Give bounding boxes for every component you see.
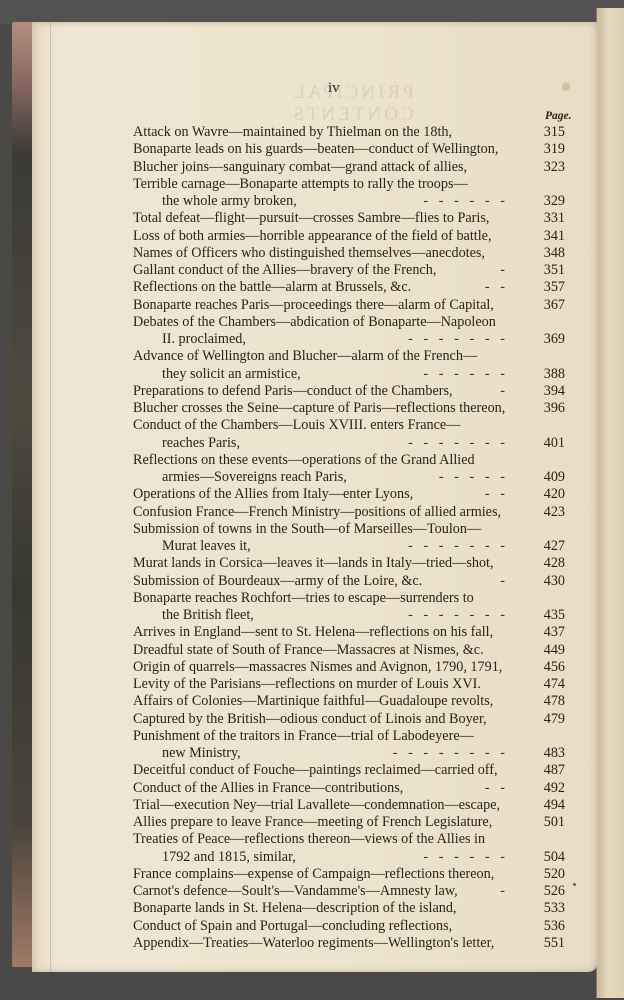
toc-entry: Murat lands in Corsica—leaves it—lands i… — [133, 555, 565, 572]
dot-leaders: - - - - - - — [423, 849, 505, 866]
dot-leaders: - - - - - - — [423, 366, 505, 383]
toc-page-number: 427 — [529, 538, 565, 555]
toc-entry: Allies prepare to leave France—meeting o… — [133, 814, 565, 831]
toc-entry: Total defeat—flight—pursuit—crosses Samb… — [133, 210, 565, 227]
toc-entry-text: Trial—execution Ney—trial Lavallete—cond… — [133, 797, 500, 814]
toc-entry: Appendix—Treaties—Waterloo regiments—Wel… — [133, 935, 565, 952]
page-number-folio: iv — [328, 80, 340, 97]
toc-entry-text: armies—Sovereigns reach Paris, — [162, 469, 347, 486]
toc-entry-text: Blucher crosses the Seine—capture of Par… — [133, 400, 505, 417]
dot-leaders: - - - - - - - — [408, 538, 505, 555]
toc-page-number: 533 — [529, 900, 565, 917]
dot-leaders: - - - - - — [439, 469, 505, 486]
toc-page-number: 449 — [529, 642, 565, 659]
toc-entry: Conduct of the Chambers—Louis XVIII. ent… — [133, 417, 565, 434]
toc-entry-text: Reflections on the battle—alarm at Bruss… — [133, 279, 411, 296]
toc-entry: Conduct of the Allies in France—contribu… — [133, 780, 565, 797]
toc-entry-text: they solicit an armistice, — [162, 366, 301, 383]
toc-page-number: 526 — [529, 883, 565, 900]
toc-page-number: 394 — [529, 383, 565, 400]
toc-entry: Bonaparte lands in St. Helena—descriptio… — [133, 900, 565, 917]
toc-entry-text: Arrives in England—sent to St. Helena—re… — [133, 624, 493, 641]
toc-entry-text: the British fleet, — [162, 607, 254, 624]
dot-leaders: - - - - - - — [423, 193, 505, 210]
toc-page-number: 428 — [529, 555, 565, 572]
toc-page-number: 456 — [529, 659, 565, 676]
toc-entry-text: Names of Officers who distinguished them… — [133, 245, 485, 262]
dot-leaders: - - - - - - - — [408, 435, 505, 452]
toc-page-number: 323 — [529, 159, 565, 176]
toc-page-number: 487 — [529, 762, 565, 779]
show-through-header: PRINCIPAL CONTENTS — [232, 82, 472, 126]
toc-entry-text: the whole army broken, — [162, 193, 297, 210]
toc-entry: they solicit an armistice,- - - - - -388 — [133, 366, 565, 383]
toc-page-number: 483 — [529, 745, 565, 762]
toc-entry-text: Murat leaves it, — [162, 538, 251, 555]
toc-entry-text: Debates of the Chambers—abdication of Bo… — [133, 314, 496, 331]
toc-entry: new Ministry,- - - - - - - -483 — [133, 745, 565, 762]
toc-entry-text: Treaties of Peace—reflections thereon—vi… — [133, 831, 485, 848]
toc-entry: Deceitful conduct of Fouche—paintings re… — [133, 762, 565, 779]
toc-entry: II. proclaimed,- - - - - - -369 — [133, 331, 565, 348]
dot-leaders: - — [500, 262, 505, 279]
toc-entry: Debates of the Chambers—abdication of Bo… — [133, 314, 565, 331]
toc-entry: reaches Paris,- - - - - - -401 — [133, 435, 565, 452]
book-page: PRINCIPAL CONTENTS iv Page. Attack on Wa… — [32, 22, 598, 972]
toc-entry-text: France complains—expense of Campaign—ref… — [133, 866, 494, 883]
toc-entry-text: 1792 and 1815, similar, — [162, 849, 296, 866]
toc-page-number: 348 — [529, 245, 565, 262]
marbled-book-edge — [12, 22, 34, 967]
toc-page-number: 367 — [529, 297, 565, 314]
dot-leaders: - — [500, 573, 505, 590]
dot-leaders: - - - - - - - — [408, 331, 505, 348]
toc-page-number: 331 — [529, 210, 565, 227]
toc-page-number: 409 — [529, 469, 565, 486]
toc-entry: Carnot's defence—Soult's—Vandamme's—Amne… — [133, 883, 565, 900]
toc-entry: Conduct of Spain and Portugal—concluding… — [133, 918, 565, 935]
toc-entry: Captured by the British—odious conduct o… — [133, 711, 565, 728]
toc-entry-text: Reflections on these events—operations o… — [133, 452, 475, 469]
toc-entry-text: Deceitful conduct of Fouche—paintings re… — [133, 762, 498, 779]
toc-entry: Names of Officers who distinguished them… — [133, 245, 565, 262]
foxing-spot — [573, 883, 576, 886]
toc-page-number: 351 — [529, 262, 565, 279]
toc-entry-text: Attack on Wavre—maintained by Thielman o… — [133, 124, 452, 141]
toc-entry-text: Dreadful state of South of France—Massac… — [133, 642, 484, 659]
toc-entry-text: new Ministry, — [162, 745, 241, 762]
toc-page-number: 329 — [529, 193, 565, 210]
toc-entry-text: Advance of Wellington and Blucher—alarm … — [133, 348, 477, 365]
toc-entry-text: Bonaparte lands in St. Helena—descriptio… — [133, 900, 456, 917]
toc-entry: Dreadful state of South of France—Massac… — [133, 642, 565, 659]
toc-entry: Trial—execution Ney—trial Lavallete—cond… — [133, 797, 565, 814]
toc-entry: Loss of both armies—horrible appearance … — [133, 228, 565, 245]
toc-entry: Gallant conduct of the Allies—bravery of… — [133, 262, 565, 279]
toc-entry: 1792 and 1815, similar,- - - - - -504 — [133, 849, 565, 866]
toc-entry-text: Carnot's defence—Soult's—Vandamme's—Amne… — [133, 883, 458, 900]
toc-entry: the whole army broken,- - - - - -329 — [133, 193, 565, 210]
page-fold-line — [50, 22, 51, 972]
toc-entry: Reflections on these events—operations o… — [133, 452, 565, 469]
toc-entry-text: Affairs of Colonies—Martinique faithful—… — [133, 693, 493, 710]
toc-entry-text: Conduct of Spain and Portugal—concluding… — [133, 918, 452, 935]
toc-entry-text: Submission of towns in the South—of Mars… — [133, 521, 481, 538]
toc-entry: Bonaparte leads on his guards—beaten—con… — [133, 141, 565, 158]
toc-entry: Operations of the Allies from Italy—ente… — [133, 486, 565, 503]
background-surface — [0, 0, 624, 24]
toc-page-number: 520 — [529, 866, 565, 883]
foxing-spot — [562, 82, 570, 91]
toc-entry: Preparations to defend Paris—conduct of … — [133, 383, 565, 400]
toc-page-number: 479 — [529, 711, 565, 728]
toc-entry-text: Conduct of the Allies in France—contribu… — [133, 780, 403, 797]
dot-leaders: - - - - - - - — [408, 607, 505, 624]
toc-entry-text: Blucher joins—sanguinary combat—grand at… — [133, 159, 467, 176]
toc-entry-text: reaches Paris, — [162, 435, 240, 452]
toc-entry: Confusion France—French Ministry—positio… — [133, 504, 565, 521]
toc-entry-text: Levity of the Parisians—reflections on m… — [133, 676, 481, 693]
table-of-contents: Attack on Wavre—maintained by Thielman o… — [133, 124, 565, 952]
toc-entry: the British fleet,- - - - - - -435 — [133, 607, 565, 624]
toc-page-number: 435 — [529, 607, 565, 624]
toc-entry: Murat leaves it,- - - - - - -427 — [133, 538, 565, 555]
toc-entry-text: Appendix—Treaties—Waterloo regiments—Wel… — [133, 935, 494, 952]
toc-page-number: 430 — [529, 573, 565, 590]
toc-entry: Blucher joins—sanguinary combat—grand at… — [133, 159, 565, 176]
toc-page-number: 341 — [529, 228, 565, 245]
toc-page-number: 437 — [529, 624, 565, 641]
toc-entry: Attack on Wavre—maintained by Thielman o… — [133, 124, 565, 141]
toc-entry: Bonaparte reaches Rochfort—tries to esca… — [133, 590, 565, 607]
toc-entry-text: Confusion France—French Ministry—positio… — [133, 504, 501, 521]
dot-leaders: - — [500, 383, 505, 400]
toc-entry-text: Terrible carnage—Bonaparte attempts to r… — [133, 176, 468, 193]
toc-page-number: 423 — [529, 504, 565, 521]
toc-entry-text: Bonaparte leads on his guards—beaten—con… — [133, 141, 498, 158]
toc-entry: France complains—expense of Campaign—ref… — [133, 866, 565, 883]
toc-page-number: 357 — [529, 279, 565, 296]
toc-page-number: 388 — [529, 366, 565, 383]
toc-entry-text: Bonaparte reaches Paris—proceedings ther… — [133, 297, 494, 314]
dot-leaders: - — [500, 883, 505, 900]
toc-entry-text: Origin of quarrels—massacres Nismes and … — [133, 659, 502, 676]
toc-entry: Arrives in England—sent to St. Helena—re… — [133, 624, 565, 641]
toc-page-number: 492 — [529, 780, 565, 797]
toc-page-number: 396 — [529, 400, 565, 417]
toc-entry: Affairs of Colonies—Martinique faithful—… — [133, 693, 565, 710]
page-column-header: Page. — [545, 110, 572, 122]
dot-leaders: - - — [485, 486, 505, 503]
toc-page-number: 369 — [529, 331, 565, 348]
toc-entry-text: Operations of the Allies from Italy—ente… — [133, 486, 413, 503]
toc-entry: Submission of Bourdeaux—army of the Loir… — [133, 573, 565, 590]
toc-entry: Bonaparte reaches Paris—proceedings ther… — [133, 297, 565, 314]
toc-entry: Blucher crosses the Seine—capture of Par… — [133, 400, 565, 417]
toc-entry: Reflections on the battle—alarm at Bruss… — [133, 279, 565, 296]
toc-page-number: 504 — [529, 849, 565, 866]
toc-entry-text: Loss of both armies—horrible appearance … — [133, 228, 492, 245]
toc-page-number: 478 — [529, 693, 565, 710]
toc-entry-text: Captured by the British—odious conduct o… — [133, 711, 487, 728]
toc-page-number: 474 — [529, 676, 565, 693]
toc-page-number: 501 — [529, 814, 565, 831]
toc-page-number: 494 — [529, 797, 565, 814]
toc-entry-text: Allies prepare to leave France—meeting o… — [133, 814, 492, 831]
toc-entry: Levity of the Parisians—reflections on m… — [133, 676, 565, 693]
toc-page-number: 536 — [529, 918, 565, 935]
dot-leaders: - - — [485, 279, 505, 296]
toc-entry: Treaties of Peace—reflections thereon—vi… — [133, 831, 565, 848]
toc-entry: Terrible carnage—Bonaparte attempts to r… — [133, 176, 565, 193]
facing-page-edge — [596, 8, 624, 998]
toc-entry-text: Murat lands in Corsica—leaves it—lands i… — [133, 555, 494, 572]
toc-entry-text: Gallant conduct of the Allies—bravery of… — [133, 262, 436, 279]
dot-leaders: - - — [485, 780, 505, 797]
toc-entry-text: Total defeat—flight—pursuit—crosses Samb… — [133, 210, 489, 227]
toc-entry: armies—Sovereigns reach Paris,- - - - -4… — [133, 469, 565, 486]
toc-entry-text: Conduct of the Chambers—Louis XVIII. ent… — [133, 417, 460, 434]
toc-entry: Origin of quarrels—massacres Nismes and … — [133, 659, 565, 676]
toc-page-number: 315 — [529, 124, 565, 141]
dot-leaders: - - - - - - - - — [393, 745, 505, 762]
toc-page-number: 420 — [529, 486, 565, 503]
toc-page-number: 551 — [529, 935, 565, 952]
toc-entry-text: II. proclaimed, — [162, 331, 246, 348]
toc-entry-text: Submission of Bourdeaux—army of the Loir… — [133, 573, 422, 590]
toc-entry: Advance of Wellington and Blucher—alarm … — [133, 348, 565, 365]
toc-entry: Submission of towns in the South—of Mars… — [133, 521, 565, 538]
toc-page-number: 401 — [529, 435, 565, 452]
toc-page-number: 319 — [529, 141, 565, 158]
toc-entry-text: Preparations to defend Paris—conduct of … — [133, 383, 453, 400]
toc-entry-text: Punishment of the traitors in France—tri… — [133, 728, 474, 745]
toc-entry: Punishment of the traitors in France—tri… — [133, 728, 565, 745]
toc-entry-text: Bonaparte reaches Rochfort—tries to esca… — [133, 590, 474, 607]
